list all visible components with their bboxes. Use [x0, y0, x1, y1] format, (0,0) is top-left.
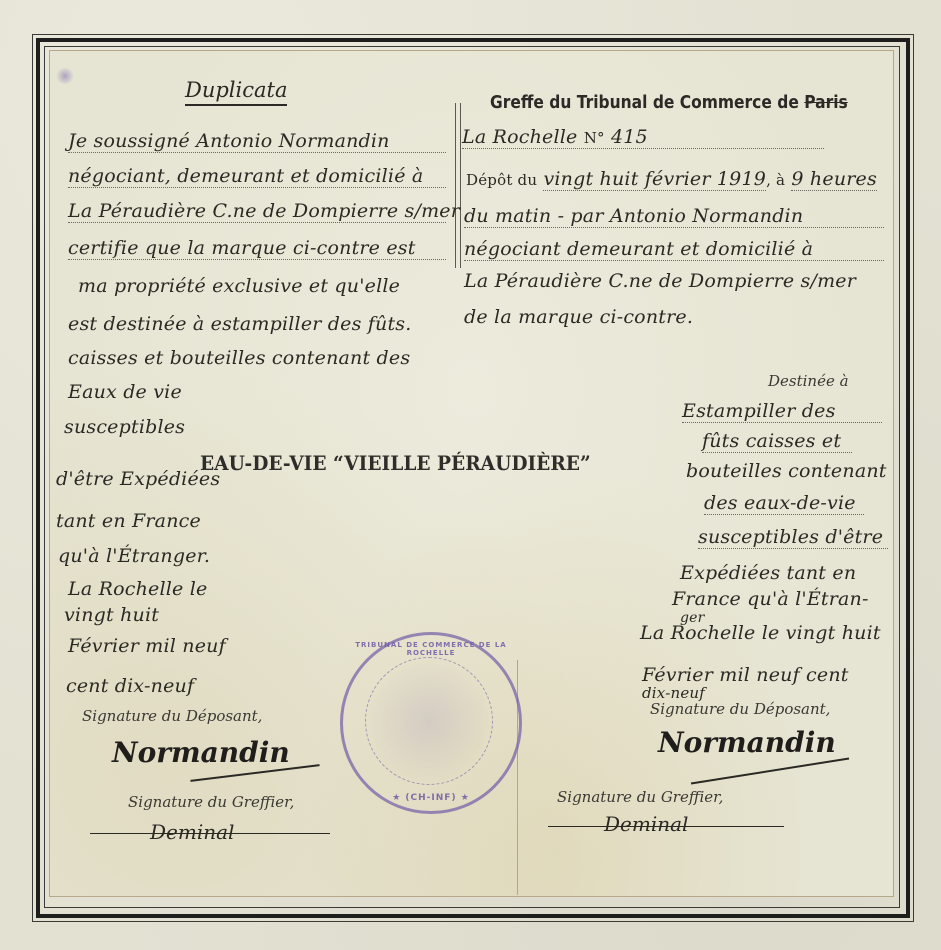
registry-title: Greffe du Tribunal de Commerce de Paris — [490, 92, 848, 113]
declaration-line-10: d'être Expédiées — [56, 468, 220, 490]
deposit-time-label: , à — [766, 171, 785, 189]
declaration-line-2: négociant, demeurant et domicilié à — [68, 165, 446, 188]
stamp-top-text: TRIBUNAL DE COMMERCE DE LA ROCHELLE — [343, 641, 519, 657]
declaration-line-9: susceptibles — [64, 416, 185, 438]
number-value: 415 — [611, 126, 648, 148]
stamp-emblem — [365, 657, 493, 785]
tribunal-stamp: TRIBUNAL DE COMMERCE DE LA ROCHELLE ★ (C… — [340, 632, 522, 814]
declaration-line-6: est destinée à estampiller des fûts. — [68, 313, 412, 335]
ink-smudge — [55, 68, 75, 84]
destination-line-5: susceptibles d'être — [698, 526, 888, 549]
destination-line-4: des eaux-de-vie — [704, 492, 864, 515]
deposit-line-4: de la marque ci-contre. — [464, 306, 693, 328]
city-handwritten: La Rochelle — [462, 126, 577, 148]
deposit-line-2: négociant demeurant et domicilié à — [464, 238, 884, 261]
deposit-label: Dépôt du — [466, 171, 537, 189]
destination-line-3: bouteilles contenant — [686, 460, 887, 482]
deposit-line-3: La Péraudière C.ne de Dompierre s/mer — [464, 270, 856, 292]
declaration-line-4: certifie que la marque ci-contre est — [68, 237, 446, 260]
right-depositor-signature: Normandin — [658, 726, 836, 759]
destination-line-10: Février mil neuf cent — [642, 664, 849, 686]
right-clerk-signature-label: Signature du Greffier, — [557, 788, 723, 806]
deposit-line: Dépôt du vingt huit février 1919, à 9 he… — [466, 168, 877, 190]
declaration-line-5: ma propriété exclusive et qu'elle — [78, 275, 400, 297]
number-label: N° — [584, 129, 605, 147]
deposit-line-1: du matin - par Antonio Normandin — [464, 205, 884, 228]
destination-line-7: France qu'à l'Étran- — [672, 588, 869, 610]
registry-number-line: La Rochelle N° 415 — [462, 126, 824, 149]
destination-line-6: Expédiées tant en — [680, 562, 856, 584]
left-clerk-signature-label: Signature du Greffier, — [128, 793, 294, 811]
right-depositor-signature-label: Signature du Déposant, — [650, 700, 830, 718]
left-clerk-signature: Deminal — [150, 820, 234, 844]
destination-line-2: fûts caisses et — [702, 430, 852, 453]
declaration-line-12: qu'à l'Étranger. — [58, 545, 210, 567]
declaration-line-15: Février mil neuf — [68, 635, 226, 657]
destination-label: Destinée à — [768, 372, 849, 390]
trademark-text: EAU-DE-VIE “VIEILLE PÉRAUDIÈRE” — [200, 451, 591, 475]
struck-city: Paris — [804, 92, 848, 113]
declaration-line-7: caisses et bouteilles contenant des — [68, 347, 410, 369]
destination-line-1: Estampiller des — [682, 400, 882, 423]
column-divider — [455, 103, 461, 268]
duplicata-heading: Duplicata — [185, 78, 287, 106]
declaration-line-16: cent dix-neuf — [66, 675, 194, 697]
declaration-line-13: La Rochelle le — [68, 578, 207, 600]
right-clerk-signature: Deminal — [604, 812, 688, 836]
deposit-time: 9 heures — [791, 168, 877, 191]
registry-title-text: Greffe du Tribunal de Commerce de — [490, 92, 799, 113]
left-depositor-signature-label: Signature du Déposant, — [82, 707, 262, 725]
stamp-bottom-text: ★ (CH-INF) ★ — [343, 793, 519, 803]
declaration-line-8: Eaux de vie — [68, 381, 182, 403]
deposit-date: vingt huit février 1919 — [543, 168, 766, 191]
declaration-line-1: Je soussigné Antonio Normandin — [68, 130, 446, 153]
destination-line-9: La Rochelle le vingt huit — [640, 622, 881, 644]
left-depositor-signature: Normandin — [112, 736, 290, 769]
declaration-line-11: tant en France — [56, 510, 201, 532]
declaration-line-14: vingt huit — [64, 604, 159, 626]
declaration-line-3: La Péraudière C.ne de Dompierre s/mer — [68, 200, 446, 223]
